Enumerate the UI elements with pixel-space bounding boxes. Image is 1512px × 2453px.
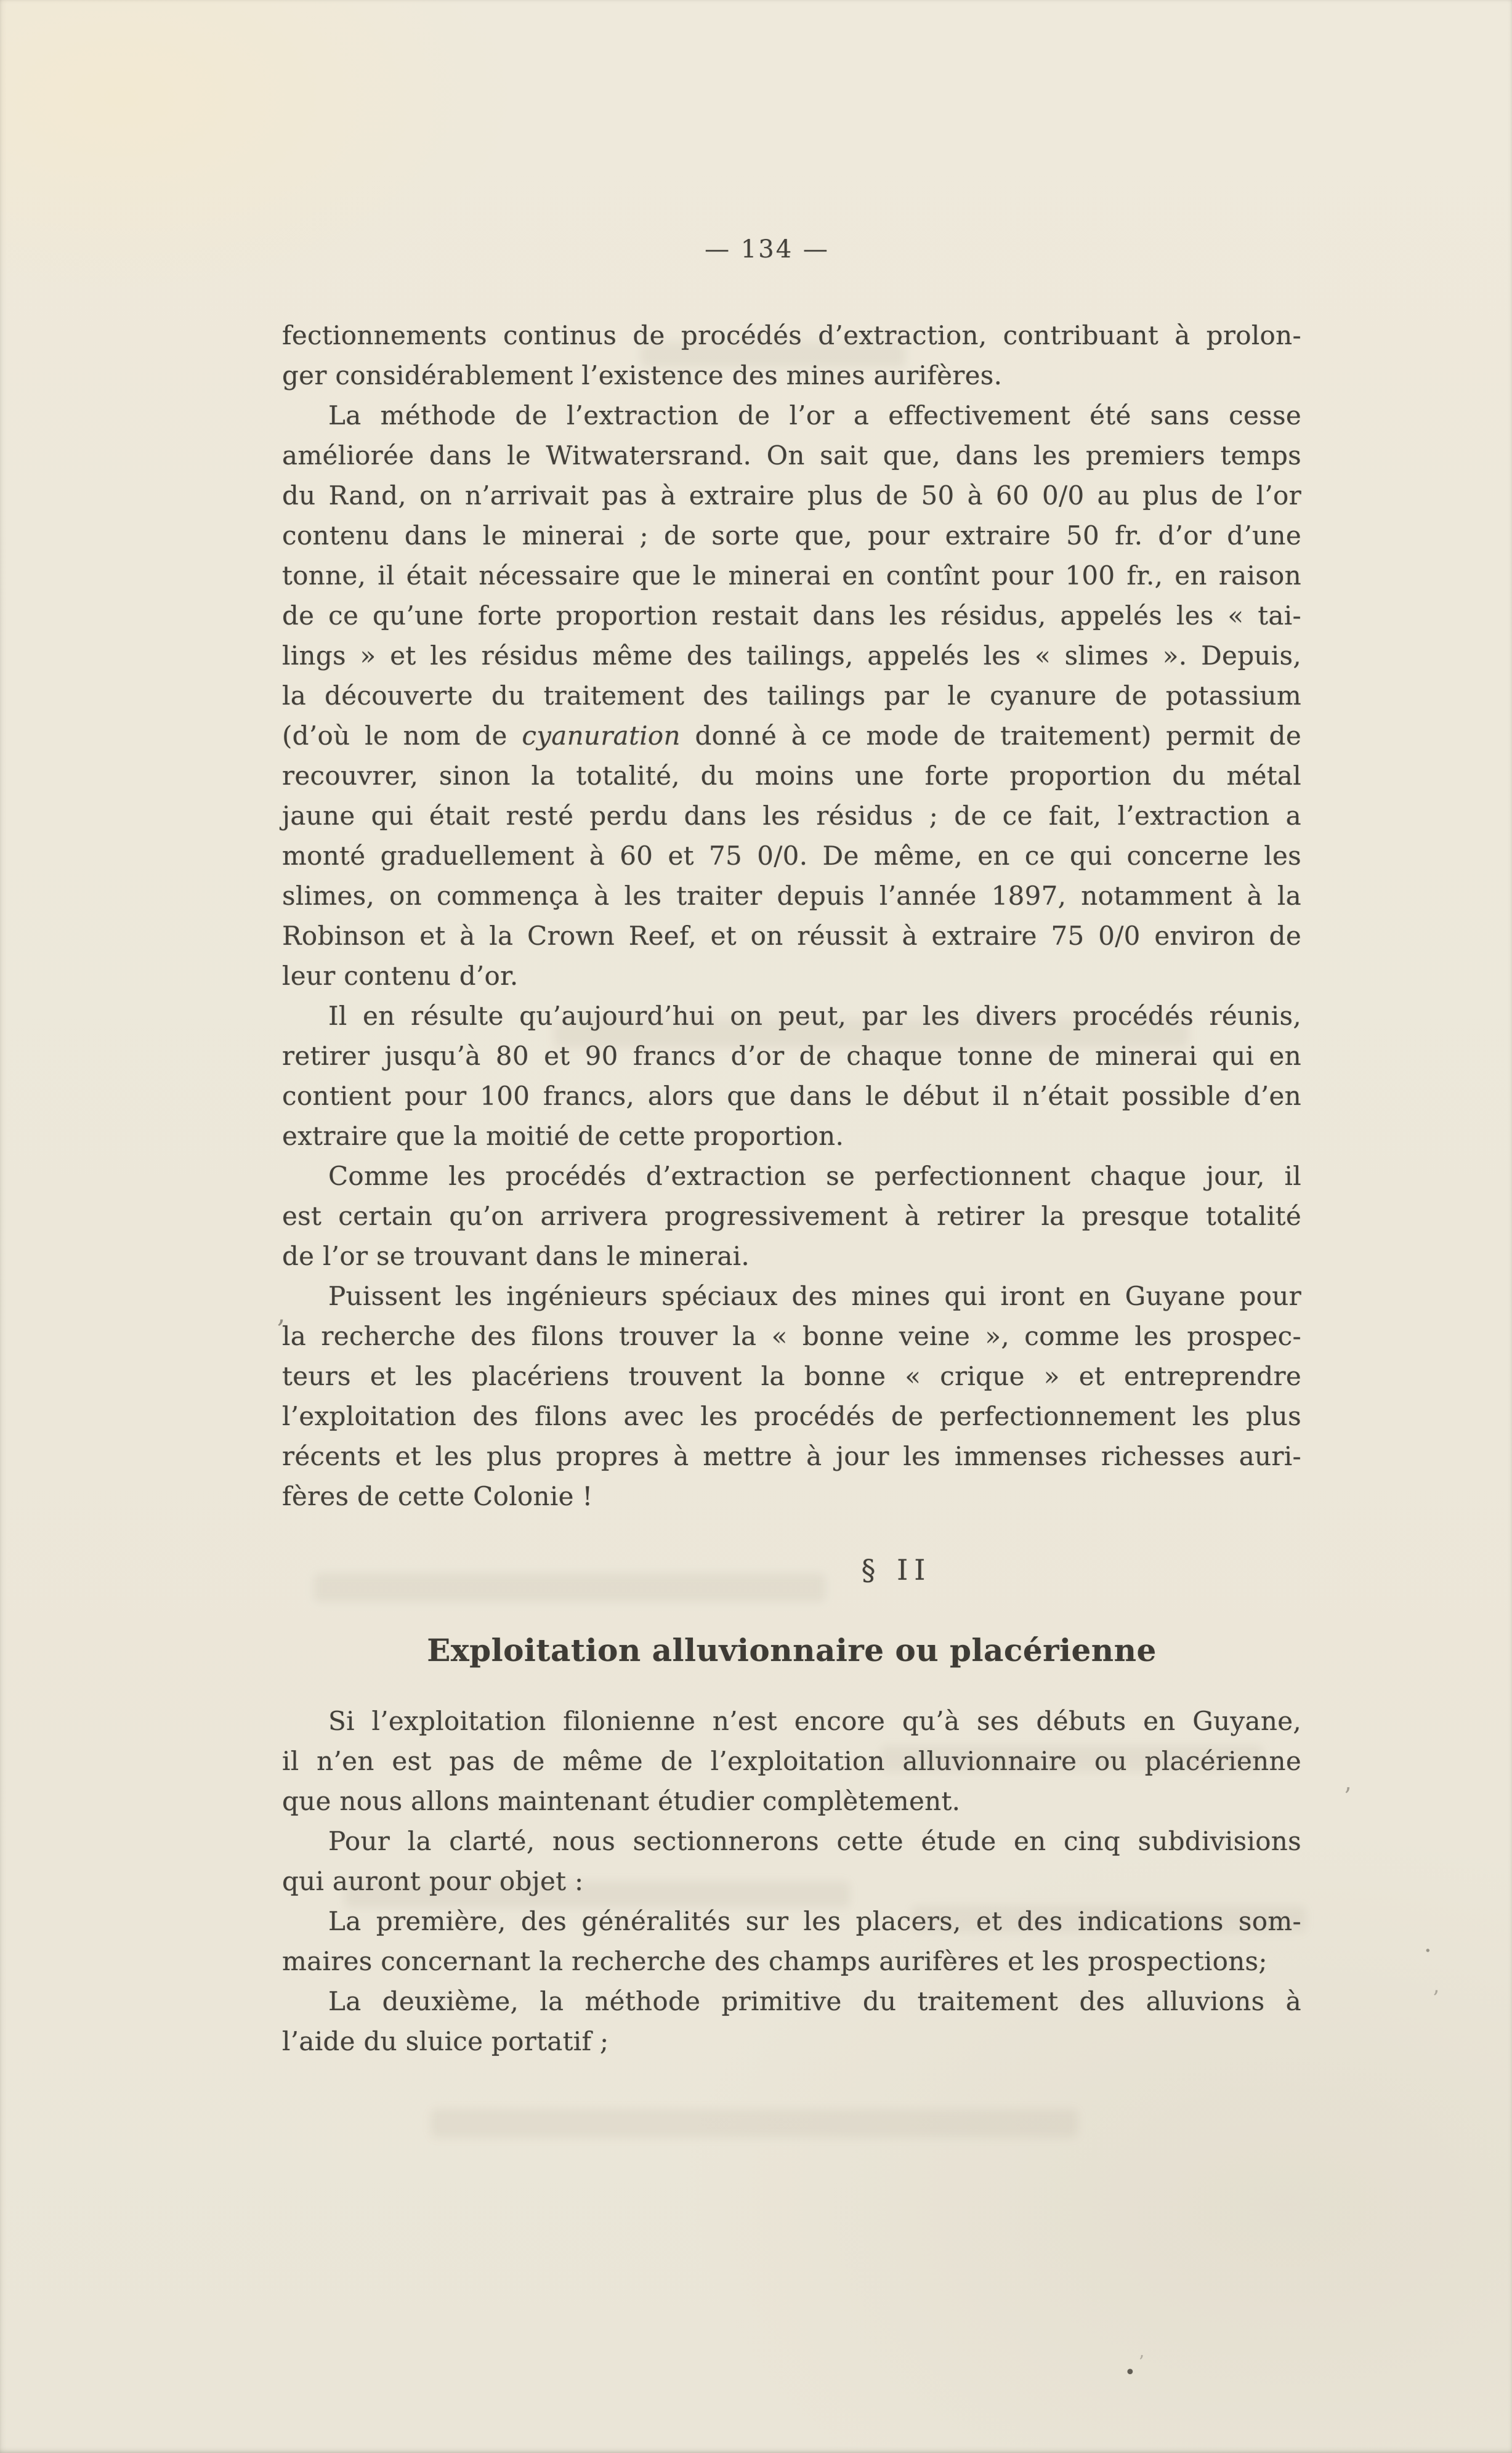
- text-line: Robinson et à la Crown Reef, et on réuss…: [282, 916, 1301, 956]
- ink-speck: •: [1125, 2364, 1136, 2382]
- text-line: que nous allons maintenant étudier compl…: [282, 1781, 1301, 1821]
- text-line: tonne, il était nécessaire que le minera…: [282, 556, 1301, 596]
- text-line: La deuxième, la méthode primitive du tra…: [282, 1981, 1301, 2021]
- text-line: ger considérablement l’existence des min…: [282, 355, 1301, 395]
- ink-speck: ʼ: [1138, 2354, 1144, 2371]
- text-line: fères de cette Colonie !: [282, 1476, 1301, 1516]
- text-line: (d’où le nom de cyanuration donné à ce m…: [282, 716, 1301, 756]
- text-line: extraire que la moitié de cette proporti…: [282, 1116, 1301, 1156]
- text-line: il n’en est pas de même de l’exploitatio…: [282, 1741, 1301, 1781]
- paragraphs-bottom: Si l’exploitation filonienne n’est encor…: [282, 1701, 1301, 2061]
- scanned-book-page: — 134 — fectionnements continus de procé…: [0, 0, 1512, 2453]
- ink-speck: ’: [1433, 1988, 1439, 2009]
- text-line: leur contenu d’or.: [282, 956, 1301, 996]
- text-line: Comme les procédés d’extraction se perfe…: [282, 1156, 1301, 1196]
- text-line: recouvrer, sinon la totalité, du moins u…: [282, 756, 1301, 796]
- text-line: est certain qu’on arrivera progressiveme…: [282, 1196, 1301, 1236]
- text-line: qui auront pour objet :: [282, 1861, 1301, 1901]
- text-line: teurs et les placériens trouvent la bonn…: [282, 1356, 1301, 1396]
- page-number: — 134 —: [282, 235, 1252, 264]
- section-heading: Exploitation alluvionnaire ou placérienn…: [282, 1628, 1301, 1673]
- text-line: la recherche des filons trouver la « bon…: [282, 1316, 1301, 1356]
- text-line: slimes, on commença à les traiter depuis…: [282, 876, 1301, 916]
- text-line: lings » et les résidus même des tailings…: [282, 636, 1301, 676]
- text-line: récents et les plus propres à mettre à j…: [282, 1436, 1301, 1476]
- bleedthrough-smudge: [431, 2109, 1078, 2138]
- ink-speck: ’: [1344, 1785, 1351, 1808]
- paragraphs-top: fectionnements continus de procédés d’ex…: [282, 315, 1301, 1516]
- ink-speck: ·: [1424, 1939, 1432, 1963]
- text-line: jaune qui était resté perdu dans les rés…: [282, 796, 1301, 836]
- text-line: contenu dans le minerai ; de sorte que, …: [282, 515, 1301, 556]
- text-line: maires concernant la recherche des champ…: [282, 1941, 1301, 1981]
- text-line: Puissent les ingénieurs spéciaux des min…: [282, 1276, 1301, 1316]
- text-line: Si l’exploitation filonienne n’est encor…: [282, 1701, 1301, 1741]
- text-line: contient pour 100 francs, alors que dans…: [282, 1076, 1301, 1116]
- text-line: de ce qu’une forte proportion restait da…: [282, 596, 1301, 636]
- section-mark: § II: [387, 1550, 1406, 1590]
- text-line: l’aide du sluice portatif ;: [282, 2021, 1301, 2061]
- text-line: la découverte du traitement des tailings…: [282, 676, 1301, 716]
- text-line: fectionnements continus de procédés d’ex…: [282, 315, 1301, 355]
- text-line: l’exploitation des filons avec les procé…: [282, 1396, 1301, 1436]
- text-line: Il en résulte qu’aujourd’hui on peut, pa…: [282, 996, 1301, 1036]
- text-line: La méthode de l’extraction de l’or a eff…: [282, 395, 1301, 435]
- text-line: Pour la clarté, nous sectionnerons cette…: [282, 1821, 1301, 1861]
- text-line: monté graduellement à 60 et 75 0/0. De m…: [282, 836, 1301, 876]
- text-line: de l’or se trouvant dans le minerai.: [282, 1236, 1301, 1276]
- text-block: fectionnements continus de procédés d’ex…: [282, 315, 1301, 2061]
- text-line: retirer jusqu’à 80 et 90 francs d’or de …: [282, 1036, 1301, 1076]
- text-line: améliorée dans le Witwatersrand. On sait…: [282, 435, 1301, 475]
- text-line: du Rand, on n’arrivait pas à extraire pl…: [282, 475, 1301, 515]
- text-line: La première, des généralités sur les pla…: [282, 1901, 1301, 1941]
